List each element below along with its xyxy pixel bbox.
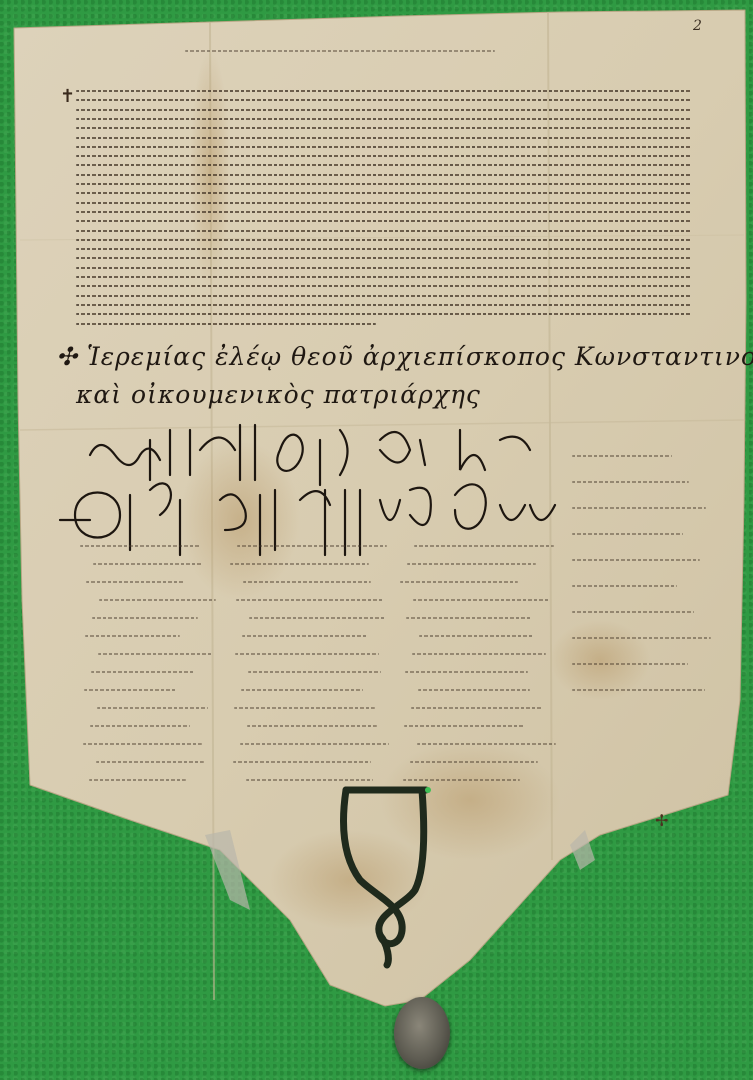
lead-seal xyxy=(394,997,450,1069)
silk-cord xyxy=(0,0,753,1080)
